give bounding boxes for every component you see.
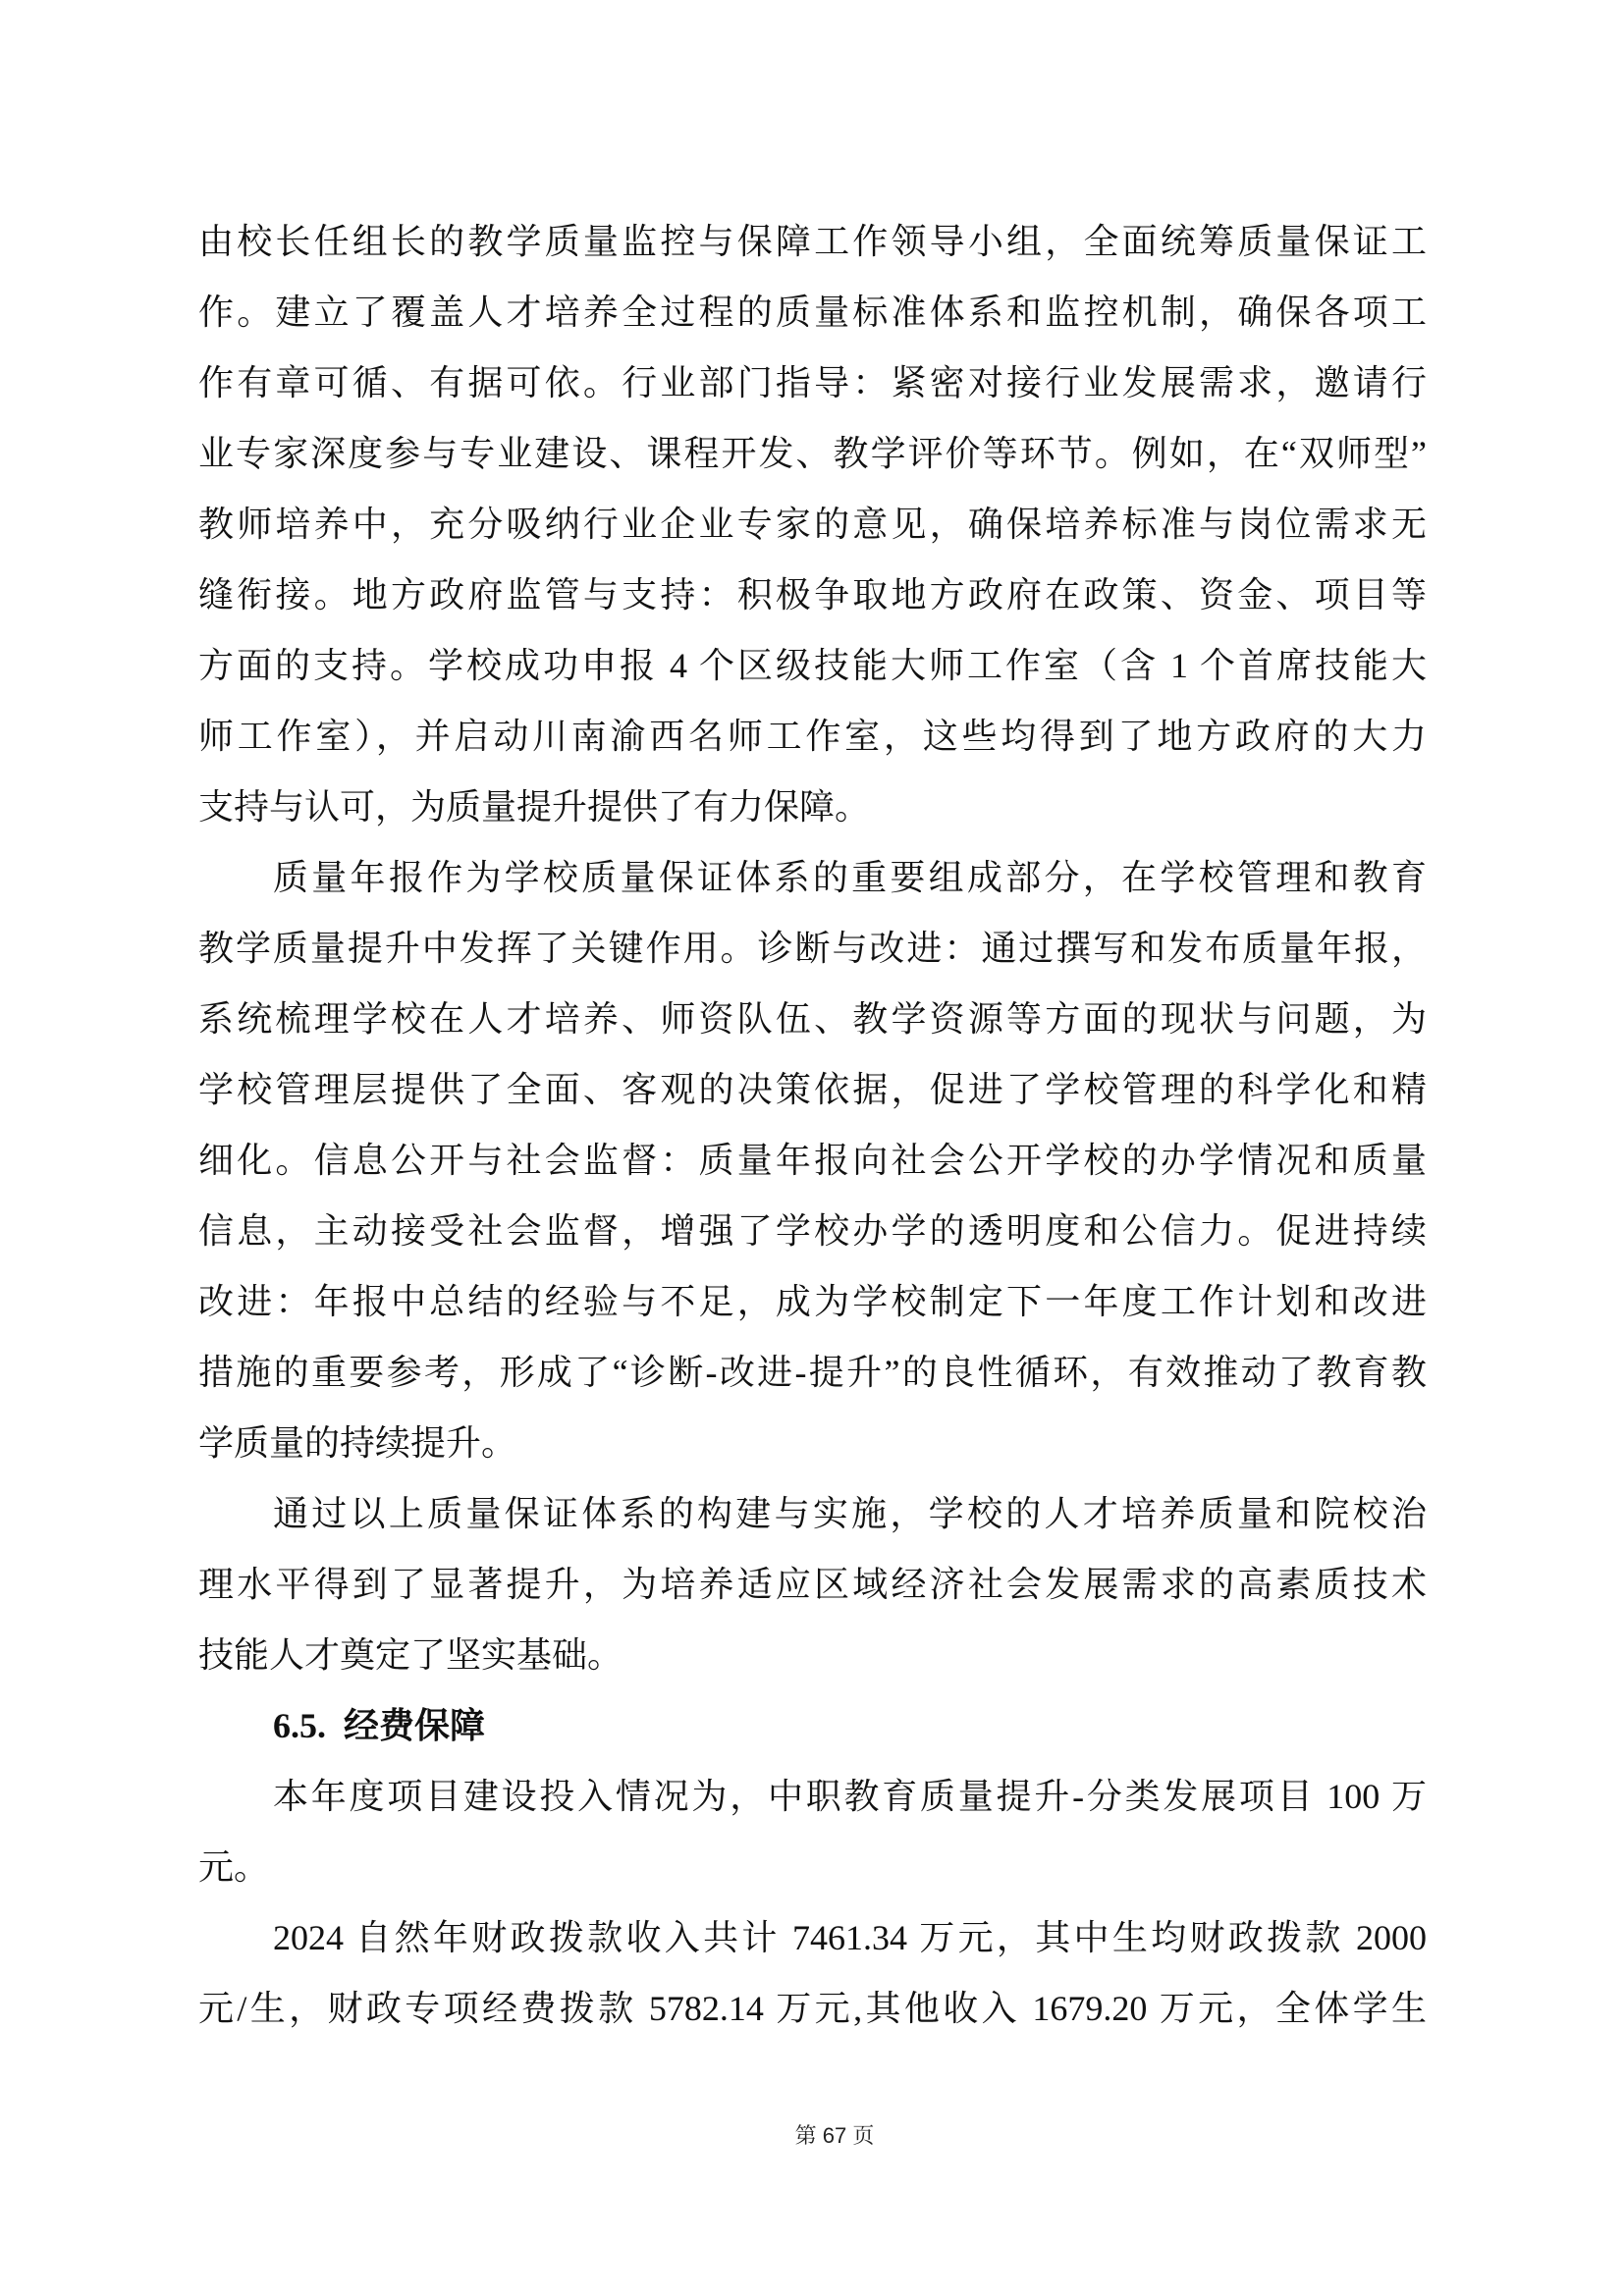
text-line: 改进：年报中总结的经验与不足，成为学校制定下一年度工作计划和改进 [198, 1266, 1427, 1337]
text-line: 学质量的持续提升。 [198, 1408, 1427, 1478]
text-line: 技能人才奠定了坚实基础。 [198, 1620, 1427, 1690]
text-line: 缝衔接。地方政府监管与支持：积极争取地方政府在政策、资金、项目等 [198, 560, 1427, 630]
page-number-footer: 第 67 页 [198, 2118, 1471, 2154]
section-number: 6.5. [273, 1706, 326, 1745]
text-line: 信息，主动接受社会监督，增强了学校办学的透明度和公信力。促进持续 [198, 1196, 1427, 1266]
text-line: 措施的重要参考，形成了“诊断-改进-提升”的良性循环，有效推动了教育教 [198, 1337, 1427, 1408]
text-line: 质量年报作为学校质量保证体系的重要组成部分，在学校管理和教育 [198, 842, 1427, 913]
text-line: 理水平得到了显著提升，为培养适应区域经济社会发展需求的高素质技术 [198, 1549, 1427, 1620]
text-line: 作。建立了覆盖人才培养全过程的质量标准体系和监控机制，确保各项工 [198, 277, 1427, 347]
paragraph-fiscal-income: 2024 自然年财政拨款收入共计 7461.34 万元，其中生均财政拨款 200… [198, 1902, 1427, 2044]
text-line: 系统梳理学校在人才培养、师资队伍、教学资源等方面的现状与问题，为 [198, 984, 1427, 1054]
paragraph-annual-report: 质量年报作为学校质量保证体系的重要组成部分，在学校管理和教育 教学质量提升中发挥… [198, 842, 1427, 1478]
text-line: 本年度项目建设投入情况为，中职教育质量提升-分类发展项目 100 万 [198, 1761, 1427, 1832]
paragraph-project-investment: 本年度项目建设投入情况为，中职教育质量提升-分类发展项目 100 万 元。 [198, 1761, 1427, 1902]
text-line: 细化。信息公开与社会监督：质量年报向社会公开学校的办学情况和质量 [198, 1125, 1427, 1196]
text-line: 通过以上质量保证体系的构建与实施，学校的人才培养质量和院校治 [198, 1478, 1427, 1549]
text-line: 业专家深度参与专业建设、课程开发、教学评价等环节。例如，在“双师型” [198, 418, 1427, 489]
text-line: 教师培养中，充分吸纳行业企业专家的意见，确保培养标准与岗位需求无 [198, 489, 1427, 560]
section-heading: 6.5.经费保障 [198, 1690, 1427, 1761]
paragraph-summary: 通过以上质量保证体系的构建与实施，学校的人才培养质量和院校治 理水平得到了显著提… [198, 1478, 1427, 1690]
text-line: 支持与认可，为质量提升提供了有力保障。 [198, 772, 1427, 842]
text-line: 2024 自然年财政拨款收入共计 7461.34 万元，其中生均财政拨款 200… [198, 1902, 1427, 1973]
text-line: 作有章可循、有据可依。行业部门指导：紧密对接行业发展需求，邀请行 [198, 347, 1427, 418]
text-line: 师工作室），并启动川南渝西名师工作室，这些均得到了地方政府的大力 [198, 701, 1427, 772]
text-line: 元/生，财政专项经费拨款 5782.14 万元,其他收入 1679.20 万元，… [198, 1973, 1427, 2044]
text-line: 教学质量提升中发挥了关键作用。诊断与改进：通过撰写和发布质量年报， [198, 913, 1427, 984]
body-text: 由校长任组长的教学质量监控与保障工作领导小组，全面统筹质量保证工 作。建立了覆盖… [198, 206, 1427, 2044]
paragraph-quality-organization: 由校长任组长的教学质量监控与保障工作领导小组，全面统筹质量保证工 作。建立了覆盖… [198, 206, 1427, 842]
text-line: 方面的支持。学校成功申报 4 个区级技能大师工作室（含 1 个首席技能大 [198, 630, 1427, 701]
text-line: 学校管理层提供了全面、客观的决策依据，促进了学校管理的科学化和精 [198, 1054, 1427, 1125]
section-title: 经费保障 [344, 1706, 485, 1745]
document-page: 由校长任组长的教学质量监控与保障工作领导小组，全面统筹质量保证工 作。建立了覆盖… [0, 0, 1624, 2296]
text-line: 由校长任组长的教学质量监控与保障工作领导小组，全面统筹质量保证工 [198, 206, 1427, 277]
text-line: 元。 [198, 1832, 1427, 1902]
